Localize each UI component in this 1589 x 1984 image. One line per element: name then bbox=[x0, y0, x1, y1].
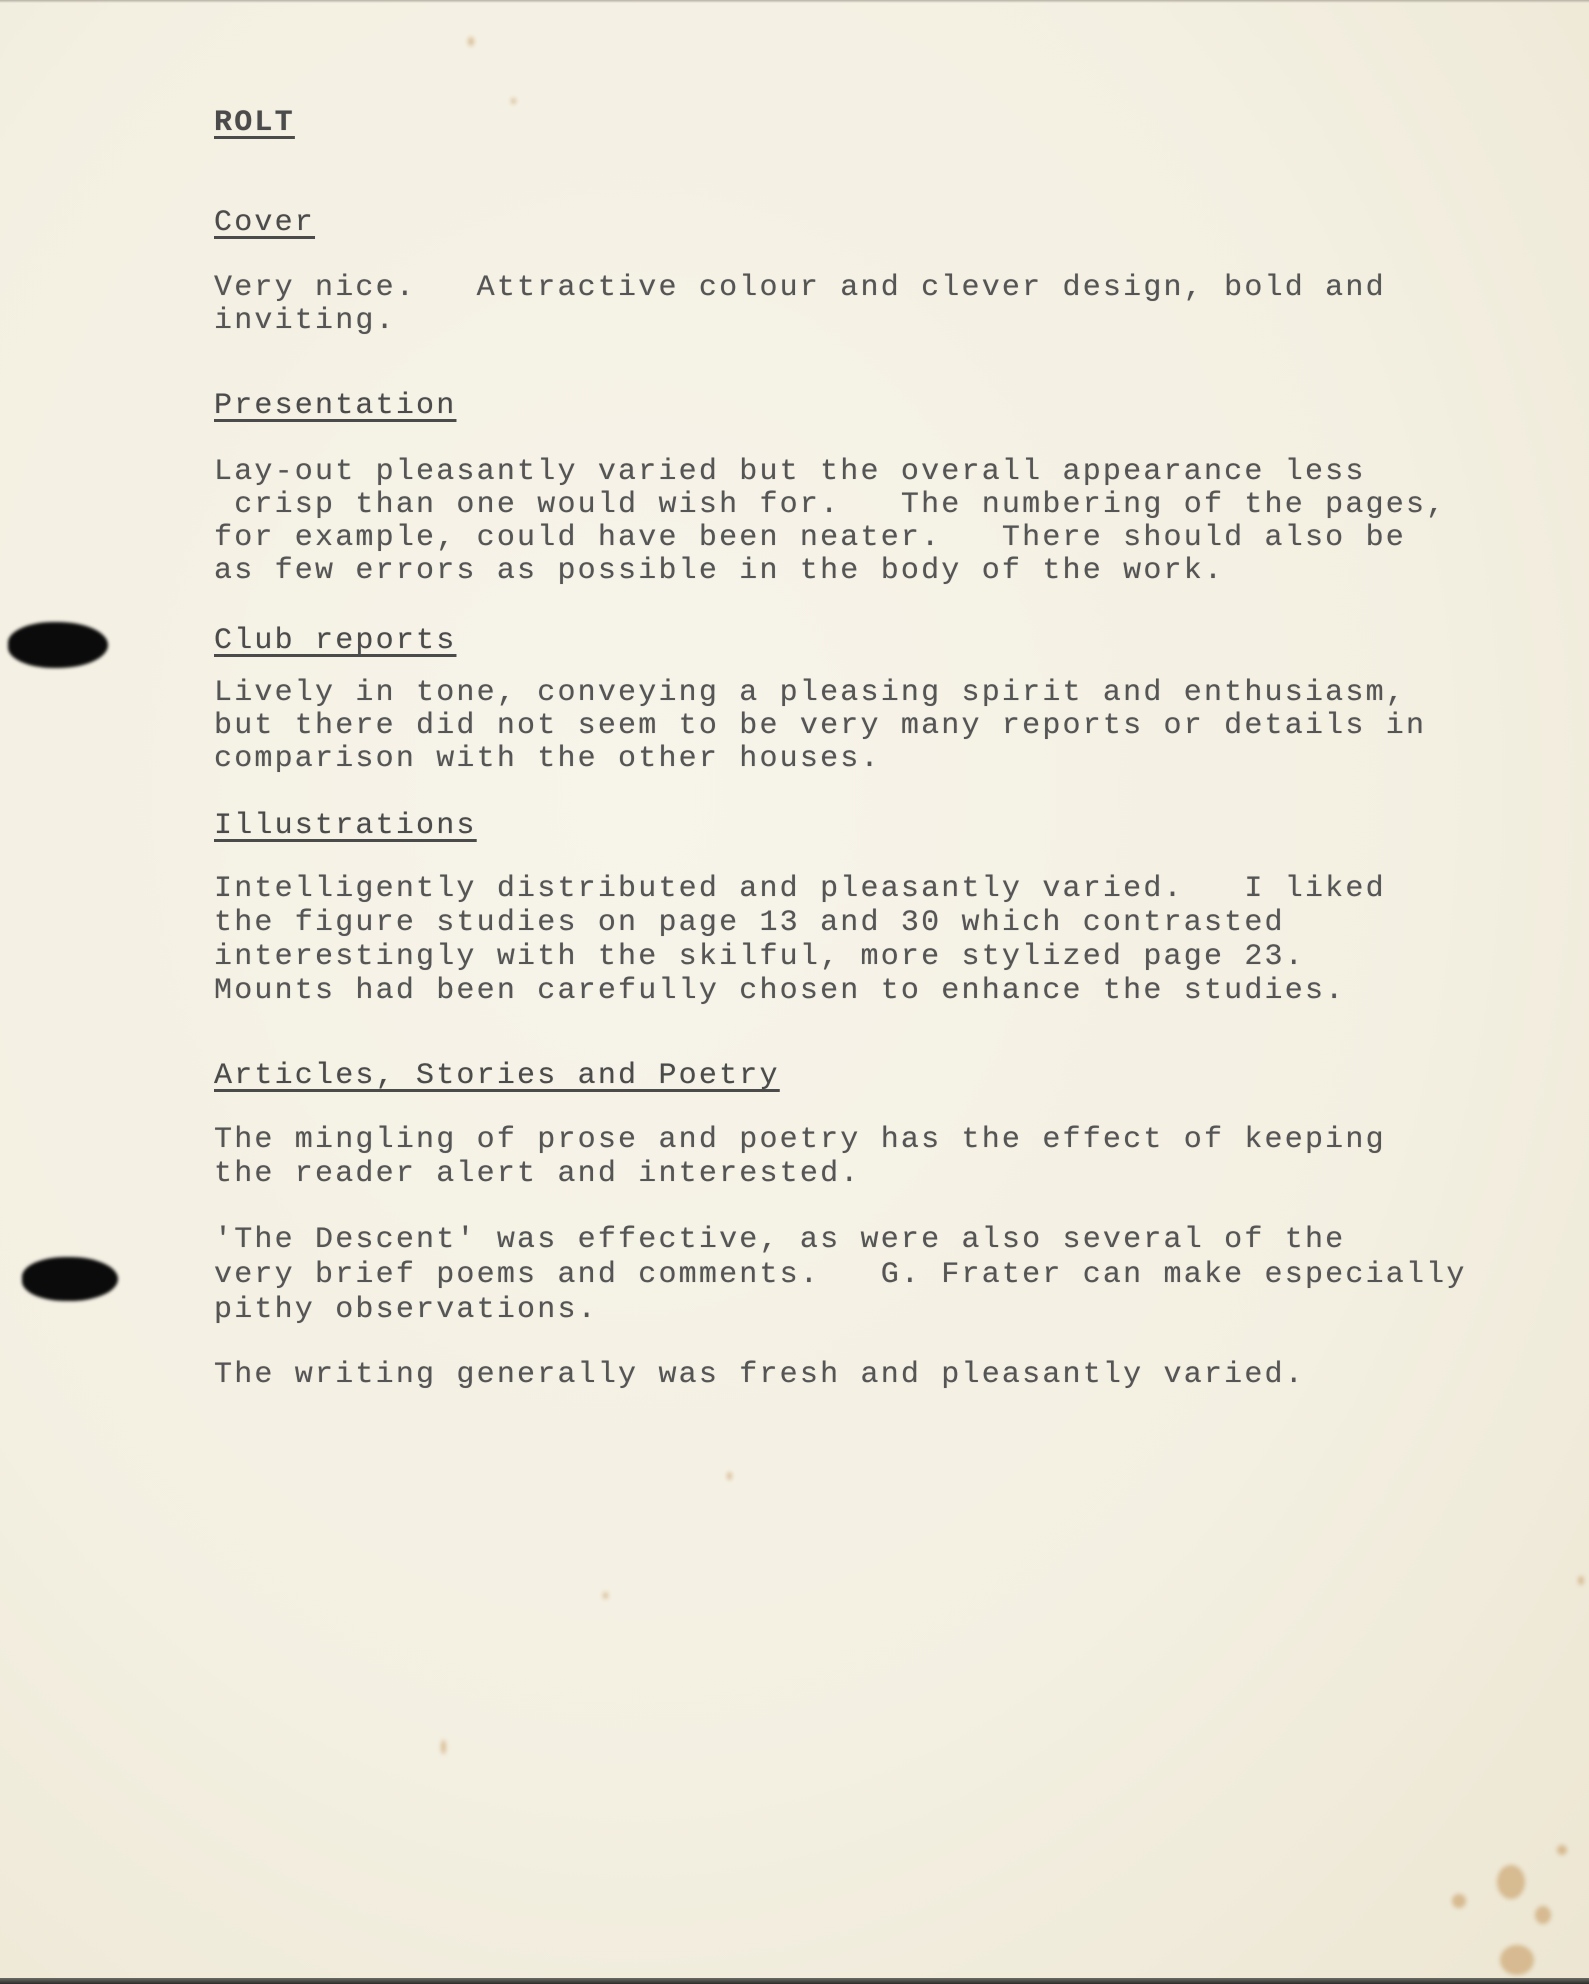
presentation-line-4: as few errors as possible in the body of… bbox=[214, 555, 1224, 588]
illustrations-line-1: Intelligently distributed and pleasantly… bbox=[214, 873, 1386, 906]
presentation-line-2: crisp than one would wish for. The numbe… bbox=[214, 489, 1446, 522]
document-page: ROLT Cover Very nice. Attractive colour … bbox=[0, 0, 1589, 1984]
section-heading-club-reports: Club reports bbox=[214, 625, 456, 658]
articles-p1-line-1: The mingling of prose and poetry has the… bbox=[214, 1124, 1386, 1157]
punch-hole-bottom bbox=[22, 1257, 118, 1301]
cover-line-2: inviting. bbox=[214, 305, 396, 338]
club-reports-line-2: but there did not seem to be very many r… bbox=[214, 710, 1426, 743]
foxing-spot bbox=[511, 98, 516, 104]
foxing-spot bbox=[1578, 1576, 1584, 1585]
foxing-spot bbox=[1497, 1865, 1525, 1899]
foxing-spot bbox=[441, 1740, 446, 1754]
articles-p2-line-2: very brief poems and comments. G. Frater… bbox=[214, 1259, 1467, 1292]
foxing-spot bbox=[603, 1592, 608, 1599]
articles-p2-line-3: pithy observations. bbox=[214, 1294, 598, 1327]
punch-hole-top bbox=[8, 622, 108, 668]
foxing-spot bbox=[1535, 1906, 1551, 1924]
section-heading-cover: Cover bbox=[214, 207, 315, 240]
articles-p2-line-1: 'The Descent' was effective, as were als… bbox=[214, 1224, 1345, 1257]
page-bottom-edge bbox=[0, 1978, 1589, 1984]
foxing-spot bbox=[727, 1472, 732, 1480]
illustrations-line-4: Mounts had been carefully chosen to enha… bbox=[214, 975, 1345, 1008]
club-reports-line-1: Lively in tone, conveying a pleasing spi… bbox=[214, 677, 1406, 710]
illustrations-line-3: interestingly with the skilful, more sty… bbox=[214, 941, 1305, 974]
presentation-line-1: Lay-out pleasantly varied but the overal… bbox=[214, 456, 1366, 489]
section-heading-presentation: Presentation bbox=[214, 390, 456, 423]
cover-line-1: Very nice. Attractive colour and clever … bbox=[214, 272, 1386, 305]
articles-p1-line-2: the reader alert and interested. bbox=[214, 1158, 861, 1191]
section-heading-illustrations: Illustrations bbox=[214, 810, 477, 843]
foxing-spot bbox=[468, 37, 474, 46]
club-reports-line-3: comparison with the other houses. bbox=[214, 743, 881, 776]
foxing-spot bbox=[1452, 1894, 1466, 1908]
illustrations-line-2: the figure studies on page 13 and 30 whi… bbox=[214, 907, 1285, 940]
page-top-edge bbox=[0, 0, 1589, 3]
section-heading-articles: Articles, Stories and Poetry bbox=[214, 1060, 780, 1093]
presentation-line-3: for example, could have been neater. The… bbox=[214, 522, 1406, 555]
articles-p3-line-1: The writing generally was fresh and plea… bbox=[214, 1359, 1305, 1392]
foxing-spot bbox=[1557, 1845, 1567, 1855]
document-title: ROLT bbox=[214, 107, 295, 140]
foxing-spot bbox=[1500, 1945, 1534, 1975]
